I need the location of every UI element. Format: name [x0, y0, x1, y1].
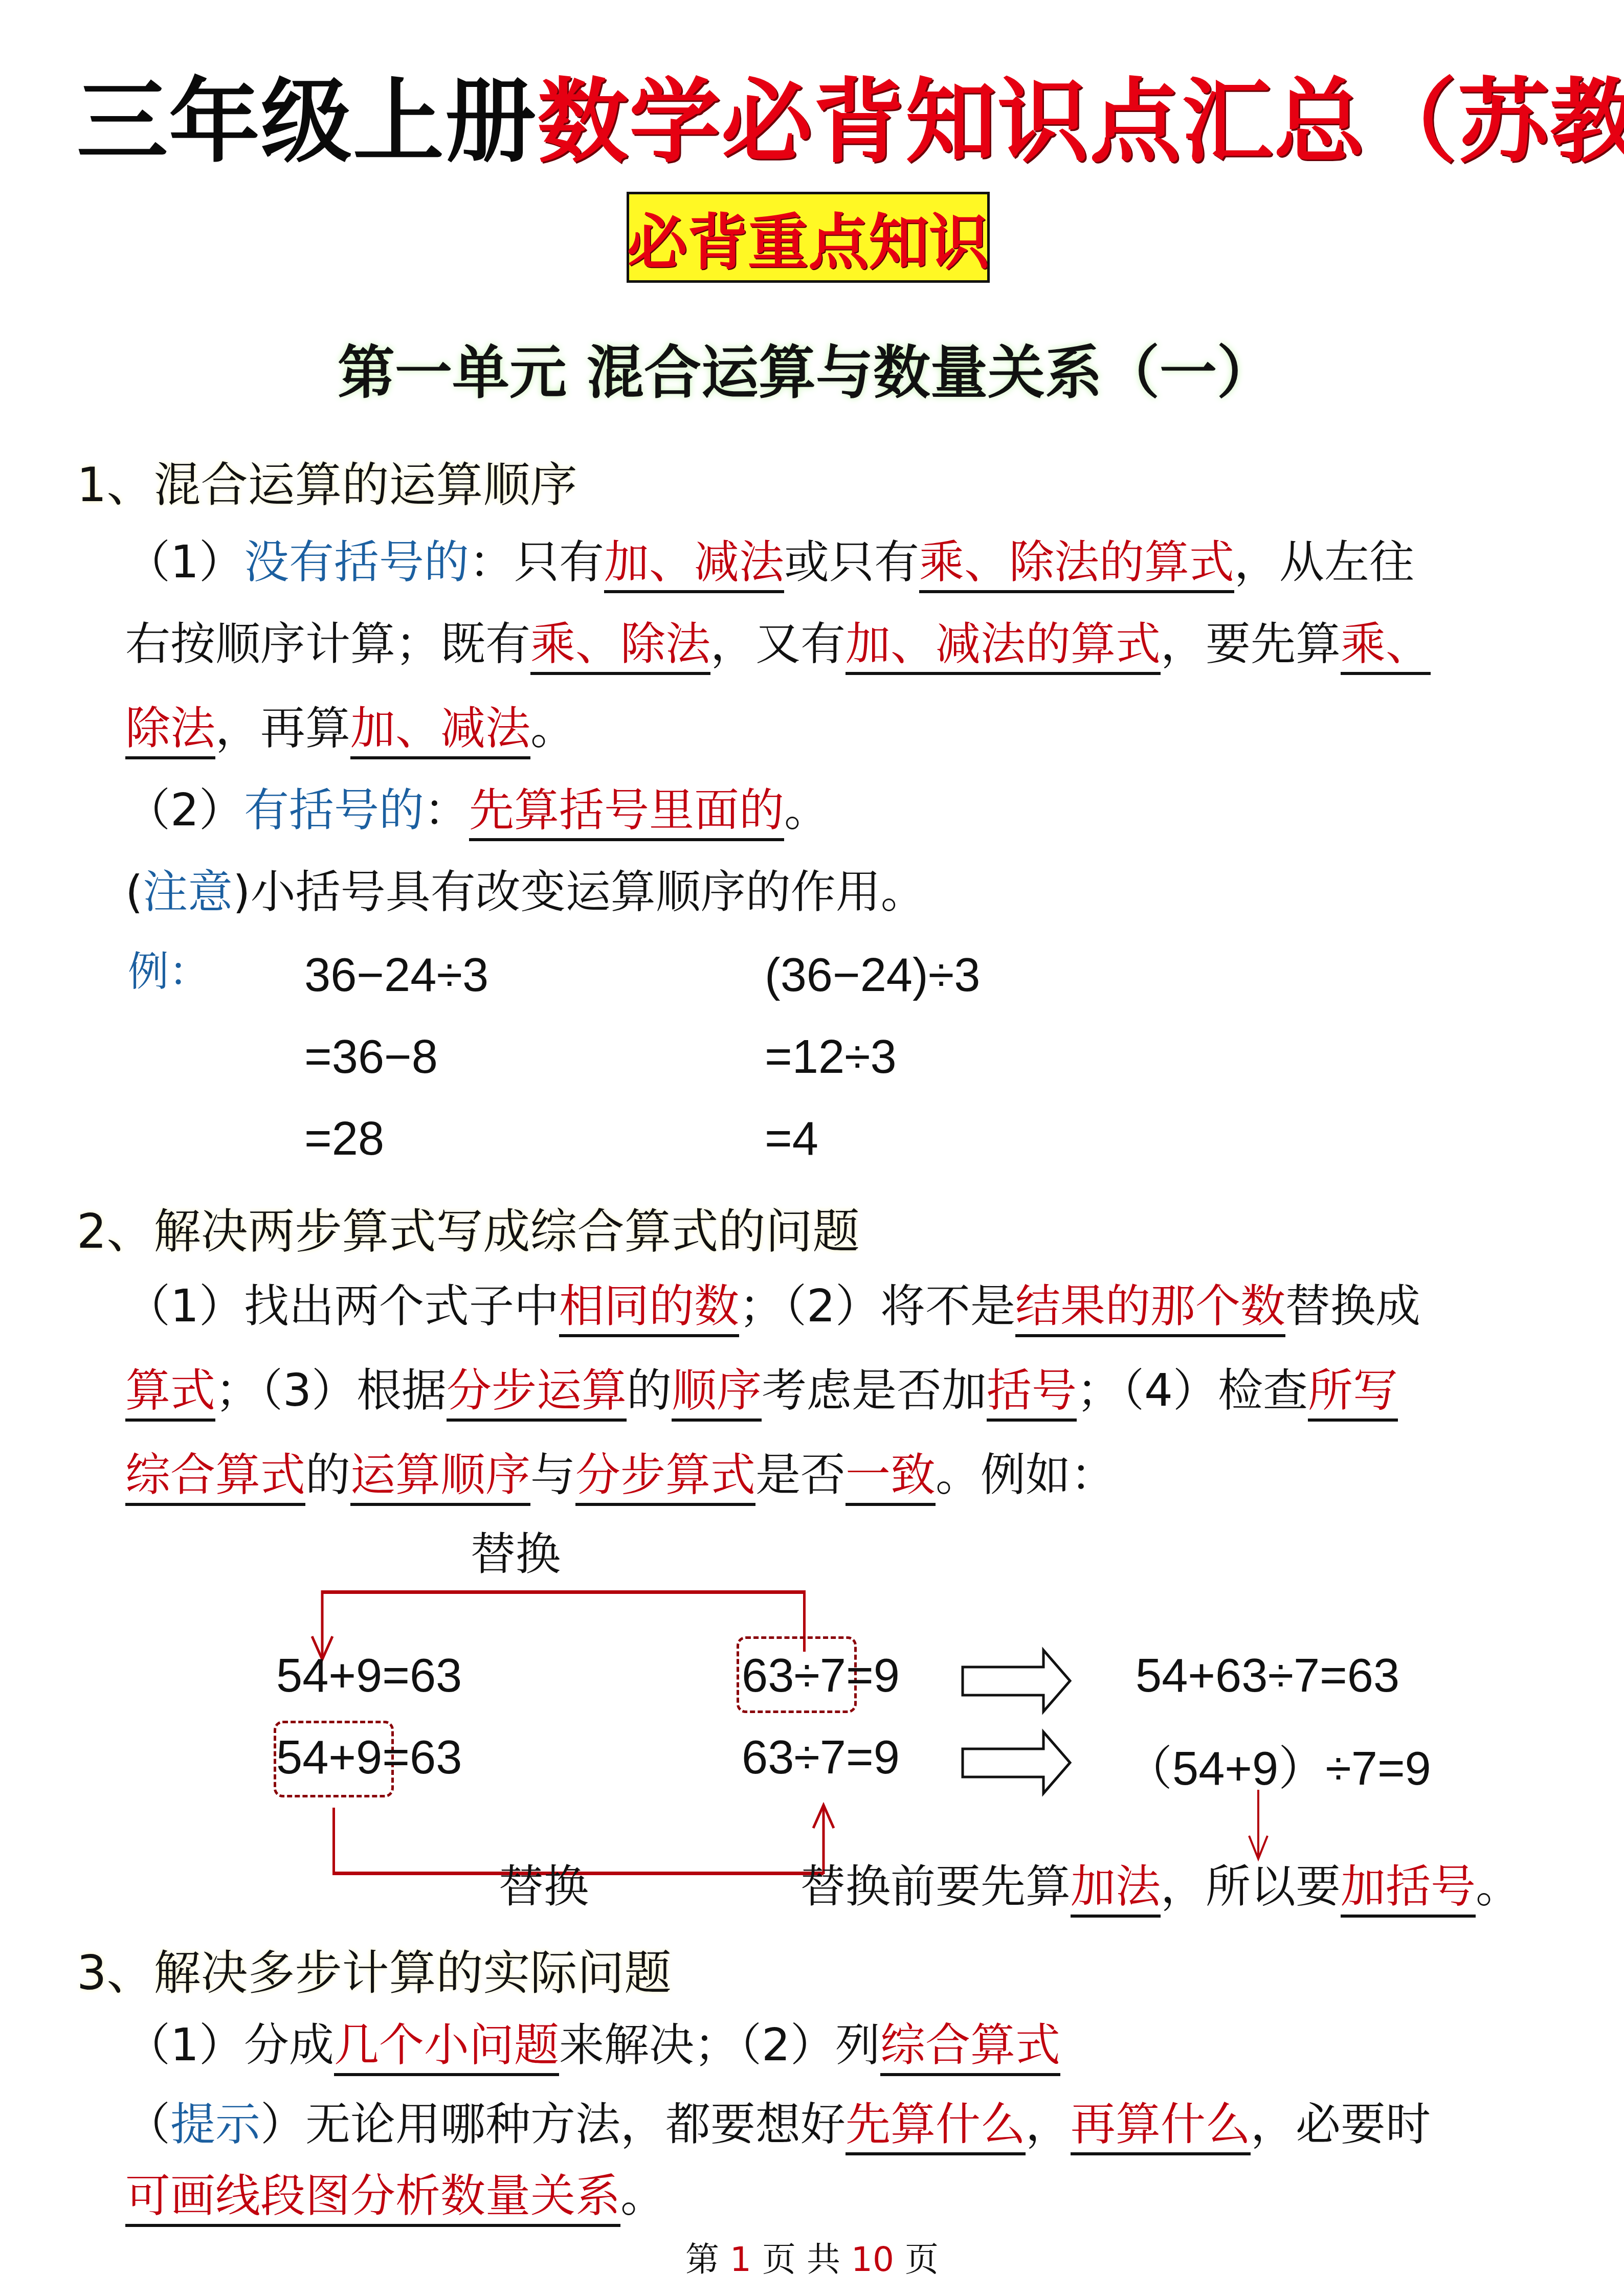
top-connector-line — [322, 1590, 806, 1594]
example-right-step3: =4 — [765, 1112, 818, 1166]
total-pages: 10 — [851, 2240, 894, 2279]
page-footer: 第 1 页 共 10 页 — [685, 2232, 939, 2281]
diagram-bottom-label: 替换 — [499, 1864, 589, 1909]
bottom-connector-left — [332, 1808, 335, 1874]
example-right-step2: =12÷3 — [765, 1030, 897, 1084]
diagram-conclusion: 替换前要先算加法，所以要加括号。 — [800, 1864, 1521, 1909]
title-subject: 数学必背知识点汇总（苏教版） — [537, 69, 1624, 175]
s2-line2: 算式；（3）根据分步运算的顺序考虑是否加括号；（4）检查所写 — [125, 1368, 1398, 1413]
tip-label: 提示 — [170, 2098, 260, 2150]
title-grade: 三年级上册 — [77, 69, 537, 175]
s1-item1-line3: 除法，再算加、减法。 — [125, 706, 575, 751]
s2-line1: （1）找出两个式子中相同的数；（2）将不是结果的那个数替换成 — [125, 1284, 1420, 1329]
note-label: 注意 — [143, 865, 233, 918]
eq-63-div-7: 63÷7=9 — [742, 1649, 900, 1703]
s3-tip-line2: 可画线段图分析数量关系。 — [125, 2173, 665, 2218]
no-brackets-label: 没有括号的 — [244, 535, 469, 588]
s1-note: (注意)小括号具有改变运算顺序的作用。 — [125, 869, 926, 914]
example-right-step1: (36−24)÷3 — [765, 949, 980, 1002]
diagram-top-label: 替换 — [471, 1532, 561, 1577]
s1-item1-line1: （1）没有括号的：只有加、减法或只有乘、除法的算式，从左往 — [125, 539, 1414, 584]
s3-line1: （1）分成几个小问题来解决；（2）列综合算式 — [125, 2022, 1060, 2067]
current-page: 1 — [730, 2240, 751, 2279]
example-left-step2: =36−8 — [304, 1030, 438, 1084]
example-label: 例： — [128, 951, 210, 992]
document-title: 三年级上册数学必背知识点汇总（苏教版） — [77, 77, 1624, 168]
eq-63-div-7-second: 63÷7=9 — [742, 1731, 900, 1785]
s1-item1-line2: 右按顺序计算；既有乘、除法，又有加、减法的算式，要先算乘、 — [125, 621, 1431, 666]
section-3-heading: 3、解决多步计算的实际问题 — [77, 1935, 672, 2003]
section-2-heading: 2、解决两步算式写成综合算式的问题 — [77, 1194, 860, 1262]
example-left-step3: =28 — [304, 1112, 384, 1166]
hollow-arrow-right-icon — [962, 1731, 1072, 1795]
with-brackets-label: 有括号的 — [244, 783, 424, 836]
key-knowledge-badge: 必背重点知识 — [627, 192, 990, 283]
eq-54-plus-9-second: 54+9=63 — [276, 1731, 462, 1785]
combined-eq-2: （54+9）÷7=9 — [1125, 1731, 1431, 1798]
eq-54-plus-9: 54+9=63 — [276, 1649, 462, 1703]
unit-title: 第一单元 混合运算与数量关系（一） — [338, 327, 1274, 410]
section-1-heading: 1、混合运算的运算顺序 — [77, 447, 577, 515]
s3-tip-line1: （提示）无论用哪种方法，都要想好先算什么，再算什么，必要时 — [125, 2102, 1431, 2147]
s2-line3: 综合算式的运算顺序与分步算式是否一致。例如： — [125, 1452, 1116, 1497]
arrow-down-icon — [1243, 1790, 1274, 1861]
hollow-arrow-right-icon — [962, 1649, 1072, 1713]
combined-eq-1: 54+63÷7=63 — [1136, 1649, 1399, 1703]
example-left-step1: 36−24÷3 — [304, 949, 488, 1002]
s1-item2: （2）有括号的：先算括号里面的。 — [125, 787, 829, 832]
